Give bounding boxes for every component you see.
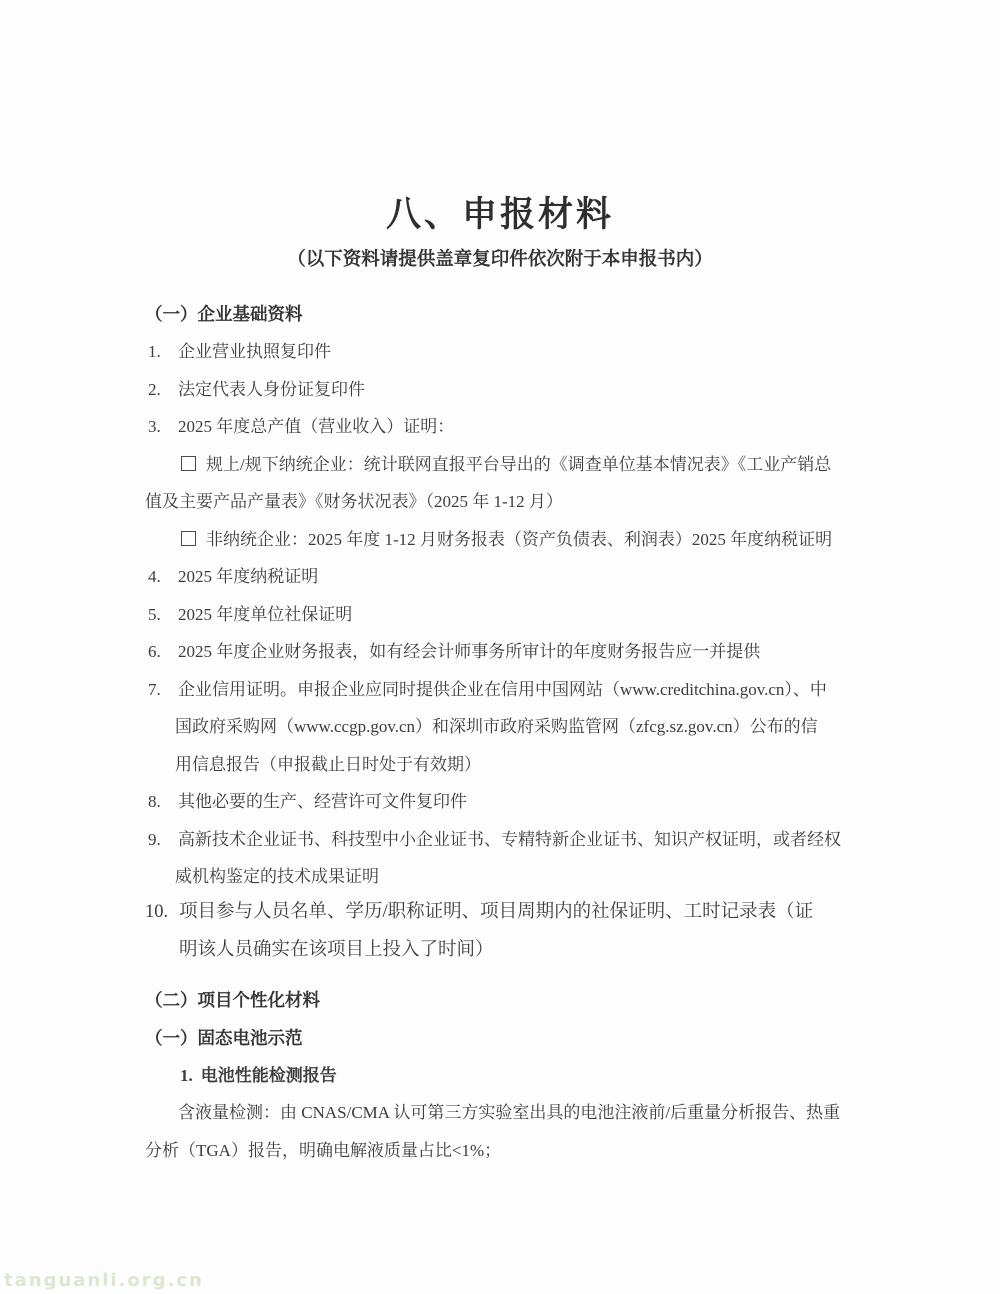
- page-subtitle: （以下资料请提供盖章复印件依次附于本申报书内）: [0, 248, 1000, 272]
- list-item-10-line-2: 明该人员确实在该项目上投入了时间）: [179, 938, 494, 962]
- sub-item-heading: 1.电池性能检测报告: [180, 1064, 337, 1088]
- list-item-9-text: 高新技术企业证书、科技型中小企业证书、专精特新企业证书、知识产权证明，或者经权: [178, 830, 841, 849]
- list-item-1: 1.企业营业执照复印件: [148, 340, 331, 364]
- list-item-2-text: 法定代表人身份证复印件: [178, 380, 365, 399]
- checkbox-item-2-text: 非纳统企业：2025 年度 1-12 月财务报表（资产负债表、利润表）2025 …: [206, 530, 832, 549]
- list-item-7-line-2: 国政府采购网（www.ccgp.gov.cn）和深圳市政府采购监管网（zfcg.…: [175, 715, 818, 739]
- checkbox-unchecked-icon: [181, 531, 196, 546]
- list-item-10-number: 10.: [145, 900, 179, 924]
- list-item-5-number: 5.: [148, 603, 178, 627]
- list-item-9-line-2: 威机构鉴定的技术成果证明: [175, 865, 379, 889]
- list-item-8-text: 其他必要的生产、经营许可文件复印件: [178, 792, 467, 811]
- paragraph-line-1: 含液量检测：由 CNAS/CMA 认可第三方实验室出具的电池注液前/后重量分析报…: [178, 1101, 840, 1125]
- list-item-9-number: 9.: [148, 828, 178, 852]
- checkbox-item-1-line-2: 值及主要产品产量表》《财务状况表》（2025 年 1-12 月）: [145, 490, 563, 514]
- list-item-3-number: 3.: [148, 415, 178, 439]
- list-item-1-text: 企业营业执照复印件: [178, 342, 331, 361]
- document-page: 八、申报材料 （以下资料请提供盖章复印件依次附于本申报书内） （一）企业基础资料…: [0, 0, 1000, 1294]
- list-item-9-line-1: 9.高新技术企业证书、科技型中小企业证书、专精特新企业证书、知识产权证明，或者经…: [148, 828, 841, 852]
- list-item-1-number: 1.: [148, 340, 178, 364]
- page-title: 八、申报材料: [0, 193, 1000, 237]
- sub-item-title: 电池性能检测报告: [201, 1066, 337, 1085]
- sub-item-number: 1.: [180, 1066, 193, 1085]
- checkbox-unchecked-icon: [181, 456, 196, 471]
- list-item-5-text: 2025 年度单位社保证明: [178, 605, 352, 624]
- paragraph-line-2: 分析（TGA）报告，明确电解液质量占比<1%；: [145, 1139, 501, 1163]
- list-item-3: 3.2025 年度总产值（营业收入）证明：: [148, 415, 454, 439]
- list-item-8: 8.其他必要的生产、经营许可文件复印件: [148, 790, 467, 814]
- list-item-6-text: 2025 年度企业财务报表，如有经会计师事务所审计的年度财务报告应一并提供: [178, 642, 760, 661]
- list-item-5: 5.2025 年度单位社保证明: [148, 603, 352, 627]
- checkbox-item-1-text: 规上/规下纳统企业：统计联网直报平台导出的《调查单位基本情况表》《工业产销总: [206, 455, 831, 474]
- list-item-7-line-3: 用信息报告（申报截止日时处于有效期）: [175, 753, 481, 777]
- list-item-7-text: 企业信用证明。申报企业应同时提供企业在信用中国网站（www.creditchin…: [178, 680, 827, 699]
- section-heading-project-materials: （二）项目个性化材料: [145, 988, 320, 1012]
- list-item-4-number: 4.: [148, 565, 178, 589]
- checkbox-item-2-line-1: 非纳统企业：2025 年度 1-12 月财务报表（资产负债表、利润表）2025 …: [181, 528, 832, 552]
- list-item-2: 2.法定代表人身份证复印件: [148, 378, 365, 402]
- list-item-10-line-1: 10.项目参与人员名单、学历/职称证明、项目周期内的社保证明、工时记录表（证: [145, 900, 813, 924]
- list-item-6: 6.2025 年度企业财务报表，如有经会计师事务所审计的年度财务报告应一并提供: [148, 640, 760, 664]
- list-item-7-number: 7.: [148, 678, 178, 702]
- checkbox-item-1-line-1: 规上/规下纳统企业：统计联网直报平台导出的《调查单位基本情况表》《工业产销总: [181, 453, 831, 477]
- section-heading-basic-materials: （一）企业基础资料: [145, 302, 303, 326]
- list-item-8-number: 8.: [148, 790, 178, 814]
- list-item-4-text: 2025 年度纳税证明: [178, 567, 318, 586]
- list-item-7-line-1: 7.企业信用证明。申报企业应同时提供企业在信用中国网站（www.creditch…: [148, 678, 827, 702]
- watermark: tanguanli.org.cn: [4, 1270, 204, 1291]
- section-heading-solid-state-battery: （一）固态电池示范: [145, 1026, 303, 1050]
- list-item-2-number: 2.: [148, 378, 178, 402]
- list-item-3-text: 2025 年度总产值（营业收入）证明：: [178, 417, 454, 436]
- list-item-4: 4.2025 年度纳税证明: [148, 565, 318, 589]
- list-item-6-number: 6.: [148, 640, 178, 664]
- list-item-10-text: 项目参与人员名单、学历/职称证明、项目周期内的社保证明、工时记录表（证: [179, 902, 813, 922]
